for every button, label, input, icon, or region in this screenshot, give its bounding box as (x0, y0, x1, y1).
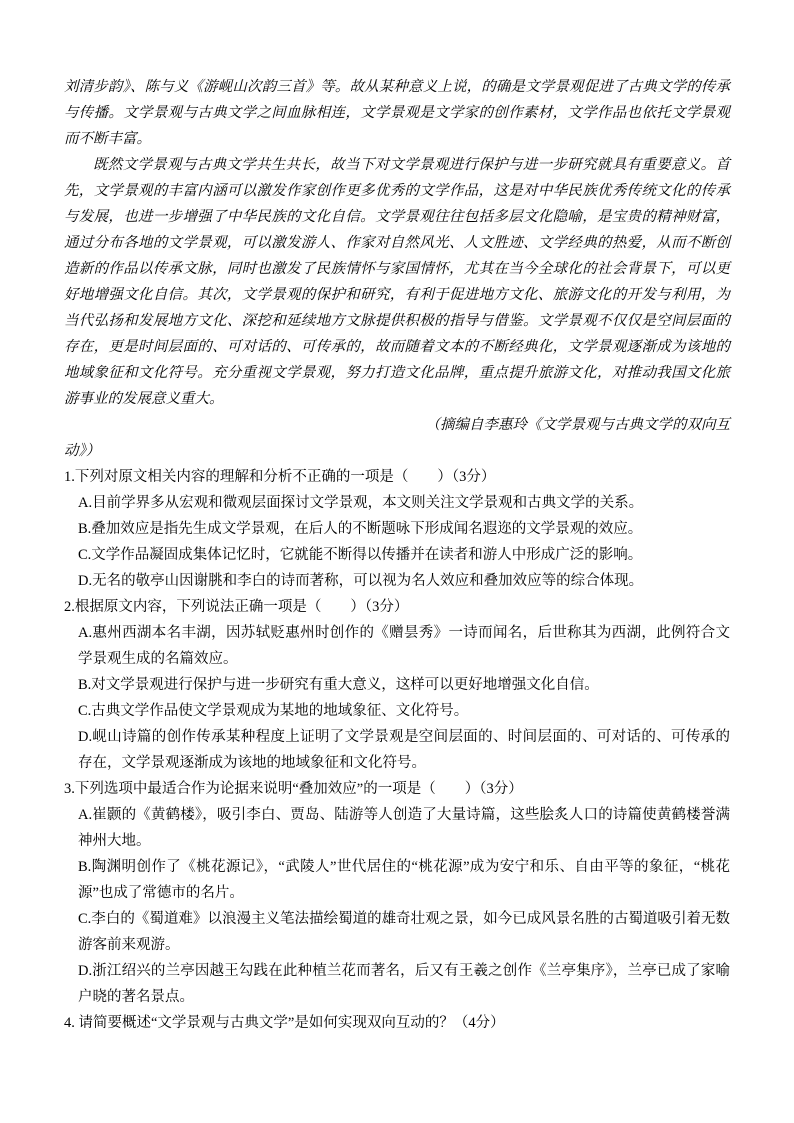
question-4: 4. 请简要概述“文学景观与古典文学”是如何实现双向互动的？（4分） (64, 1010, 730, 1036)
question-2-option-b: B.对文学景观进行保护与进一步研究有重大意义，这样可以更好地增强文化自信。 (64, 672, 730, 698)
question-2-option-d: D.岘山诗篇的创作传承某种程度上证明了文学景观是空间层面的、时间层面的、可对话的… (64, 724, 730, 776)
question-2-stem: 2.根据原文内容，下列说法正确一项是（ ）（3分） (64, 594, 730, 620)
question-3-option-d: D.浙江绍兴的兰亭因越王勾践在此种植兰花而著名，后又有王羲之创作《兰亭集序》，兰… (64, 958, 730, 1010)
question-1-option-b: B.叠加效应是指先生成文学景观，在后人的不断题咏下形成闻名遐迩的文学景观的效应。 (64, 516, 730, 542)
question-1-stem: 1.下列对原文相关内容的理解和分析不正确的一项是（ ）（3分） (64, 464, 730, 490)
question-2-option-c: C.古典文学作品使文学景观成为某地的地域象征、文化符号。 (64, 698, 730, 724)
question-2-option-a: A.惠州西湖本名丰湖，因苏轼贬惠州时创作的《赠昙秀》一诗而闻名，后世称其为西湖，… (64, 620, 730, 672)
question-3-option-b: B.陶渊明创作了《桃花源记》，“武陵人”世代居住的“桃花源”成为安宁和乐、自由平… (64, 854, 730, 906)
question-3: 3.下列选项中最适合作为论据来说明“叠加效应”的一项是（ ）（3分） A.崔颢的… (64, 776, 730, 1010)
question-1-option-a: A.目前学界多从宏观和微观层面探讨文学景观，本文则关注文学景观和古典文学的关系。 (64, 490, 730, 516)
question-3-option-c: C.李白的《蜀道难》以浪漫主义笔法描绘蜀道的雄奇壮观之景，如今已成风景名胜的古蜀… (64, 906, 730, 958)
question-1-option-d: D.无名的敬亭山因谢朓和李白的诗而著称，可以视为名人效应和叠加效应等的综合体现。 (64, 568, 730, 594)
passage-paragraph-1: 刘清步韵》、陈与义《游岘山次韵三首》等。故从某种意义上说，的确是文学景观促进了古… (64, 74, 730, 152)
passage-paragraph-2: 既然文学景观与古典文学共生共长，故当下对文学景观进行保护与进一步研究就具有重要意… (64, 152, 730, 412)
page-content: 刘清步韵》、陈与义《游岘山次韵三首》等。故从某种意义上说，的确是文学景观促进了古… (0, 0, 794, 1036)
question-3-stem: 3.下列选项中最适合作为论据来说明“叠加效应”的一项是（ ）（3分） (64, 776, 730, 802)
passage-attribution-line-1: （摘编自李惠玲《文学景观与古典文学的双向互 (64, 412, 730, 438)
question-1: 1.下列对原文相关内容的理解和分析不正确的一项是（ ）（3分） A.目前学界多从… (64, 464, 730, 594)
question-2: 2.根据原文内容，下列说法正确一项是（ ）（3分） A.惠州西湖本名丰湖，因苏轼… (64, 594, 730, 776)
passage-attribution-line-2: 动》） (64, 438, 730, 464)
question-1-option-c: C.文学作品凝固成集体记忆时，它就能不断得以传播并在读者和游人中形成广泛的影响。 (64, 542, 730, 568)
question-4-stem: 4. 请简要概述“文学景观与古典文学”是如何实现双向互动的？（4分） (64, 1010, 730, 1036)
question-3-option-a: A.崔颢的《黄鹤楼》，吸引李白、贾岛、陆游等人创造了大量诗篇，这些脍炙人口的诗篇… (64, 802, 730, 854)
exam-page: 刘清步韵》、陈与义《游岘山次韵三首》等。故从某种意义上说，的确是文学景观促进了古… (0, 0, 794, 1123)
